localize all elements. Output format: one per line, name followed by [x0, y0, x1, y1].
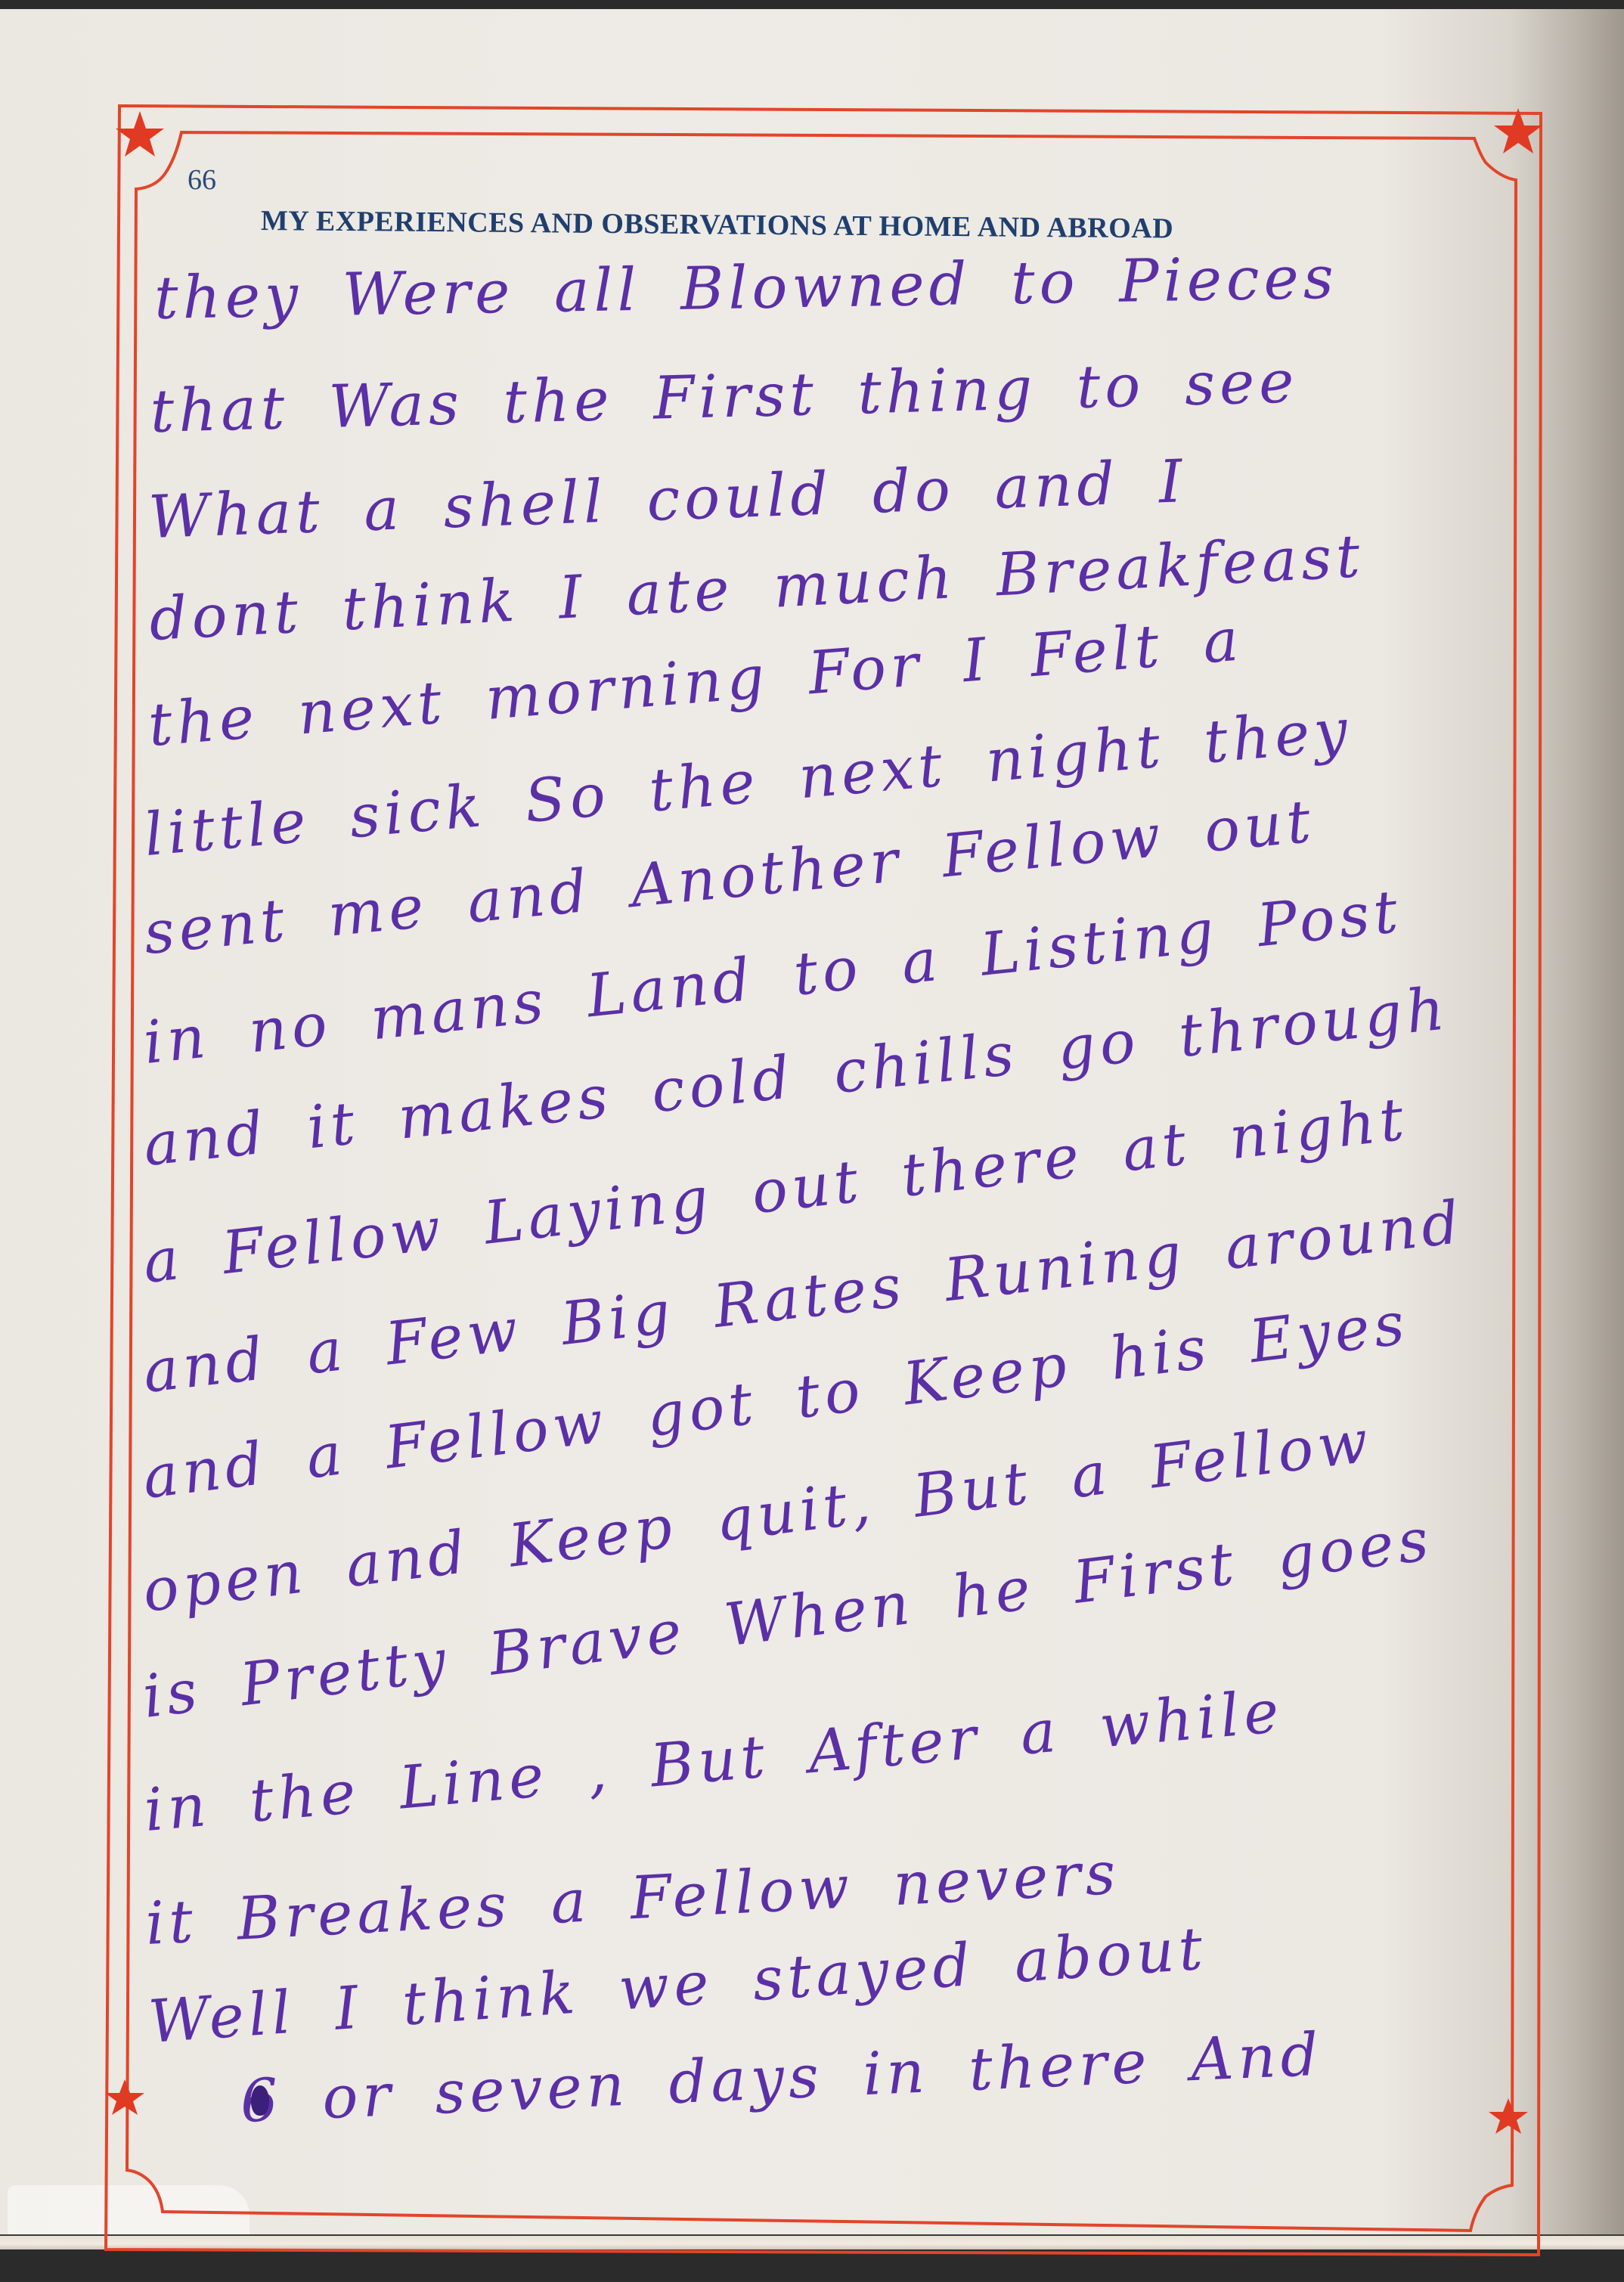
ink-blot — [251, 2085, 269, 2116]
handwritten-line: they Were all Blowned to Pieces — [153, 244, 1338, 333]
handwritten-text-block: they Were all Blowned to Pieces that Was… — [0, 0, 1624, 2282]
handwritten-line: What a shell could do and I — [147, 448, 1188, 552]
handwritten-line: that Was the First thing to see — [150, 348, 1300, 446]
